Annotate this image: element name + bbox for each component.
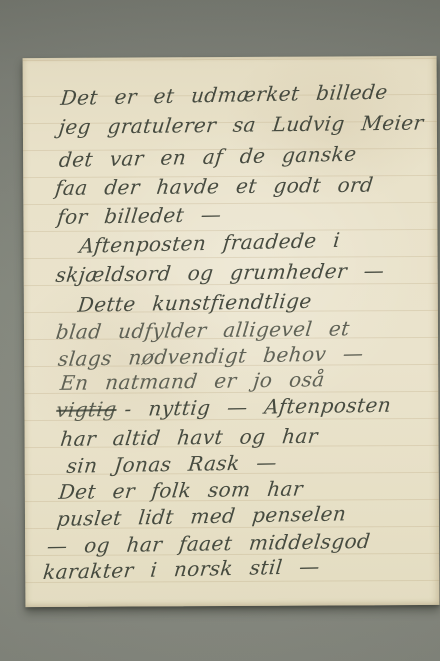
struck-out-word: vigtig <box>55 397 118 422</box>
handwriting-line-5: for billedet — <box>56 202 223 229</box>
handwriting-line-14: sin Jonas Rask — <box>65 450 278 478</box>
handwriting-line-8: Dette kunstfiendtlige <box>77 289 313 317</box>
handwriting-line-7: skjældsord og grumheder — <box>54 258 385 287</box>
letter-page: Det er et udmærket billede jeg gratulere… <box>23 56 440 607</box>
handwriting-line-2: jeg gratulerer sa Ludvig Meier <box>58 110 425 138</box>
handwriting-line-12: vigtig- nyttig — Aftenposten <box>55 393 392 422</box>
handwriting-line-18: karakter i norsk stil — <box>42 554 321 584</box>
handwriting-line-3: det var en af de ganske <box>58 142 358 172</box>
handwriting-line-15: Det er folk som har <box>58 476 305 503</box>
handwriting-line-17: — og har faaet middelsgod <box>46 529 372 558</box>
handwriting-line-16: puslet lidt med penselen <box>56 501 348 531</box>
handwriting-line-4: faa der havde et godt ord <box>54 173 375 200</box>
handwriting-line-12-text: - nyttig — Aftenposten <box>123 393 392 421</box>
handwriting-line-9: blad udfylder alligevel et <box>55 316 351 344</box>
photo-backdrop: Det er et udmærket billede jeg gratulere… <box>0 0 440 661</box>
handwriting-line-1: Det er et udmærket billede <box>60 80 389 110</box>
handwriting-line-6: Aftenposten fraadede i <box>78 228 341 258</box>
handwriting-line-13: har altid havt og har <box>59 424 319 451</box>
handwriting-line-11: En natmand er jo oså <box>59 367 326 395</box>
